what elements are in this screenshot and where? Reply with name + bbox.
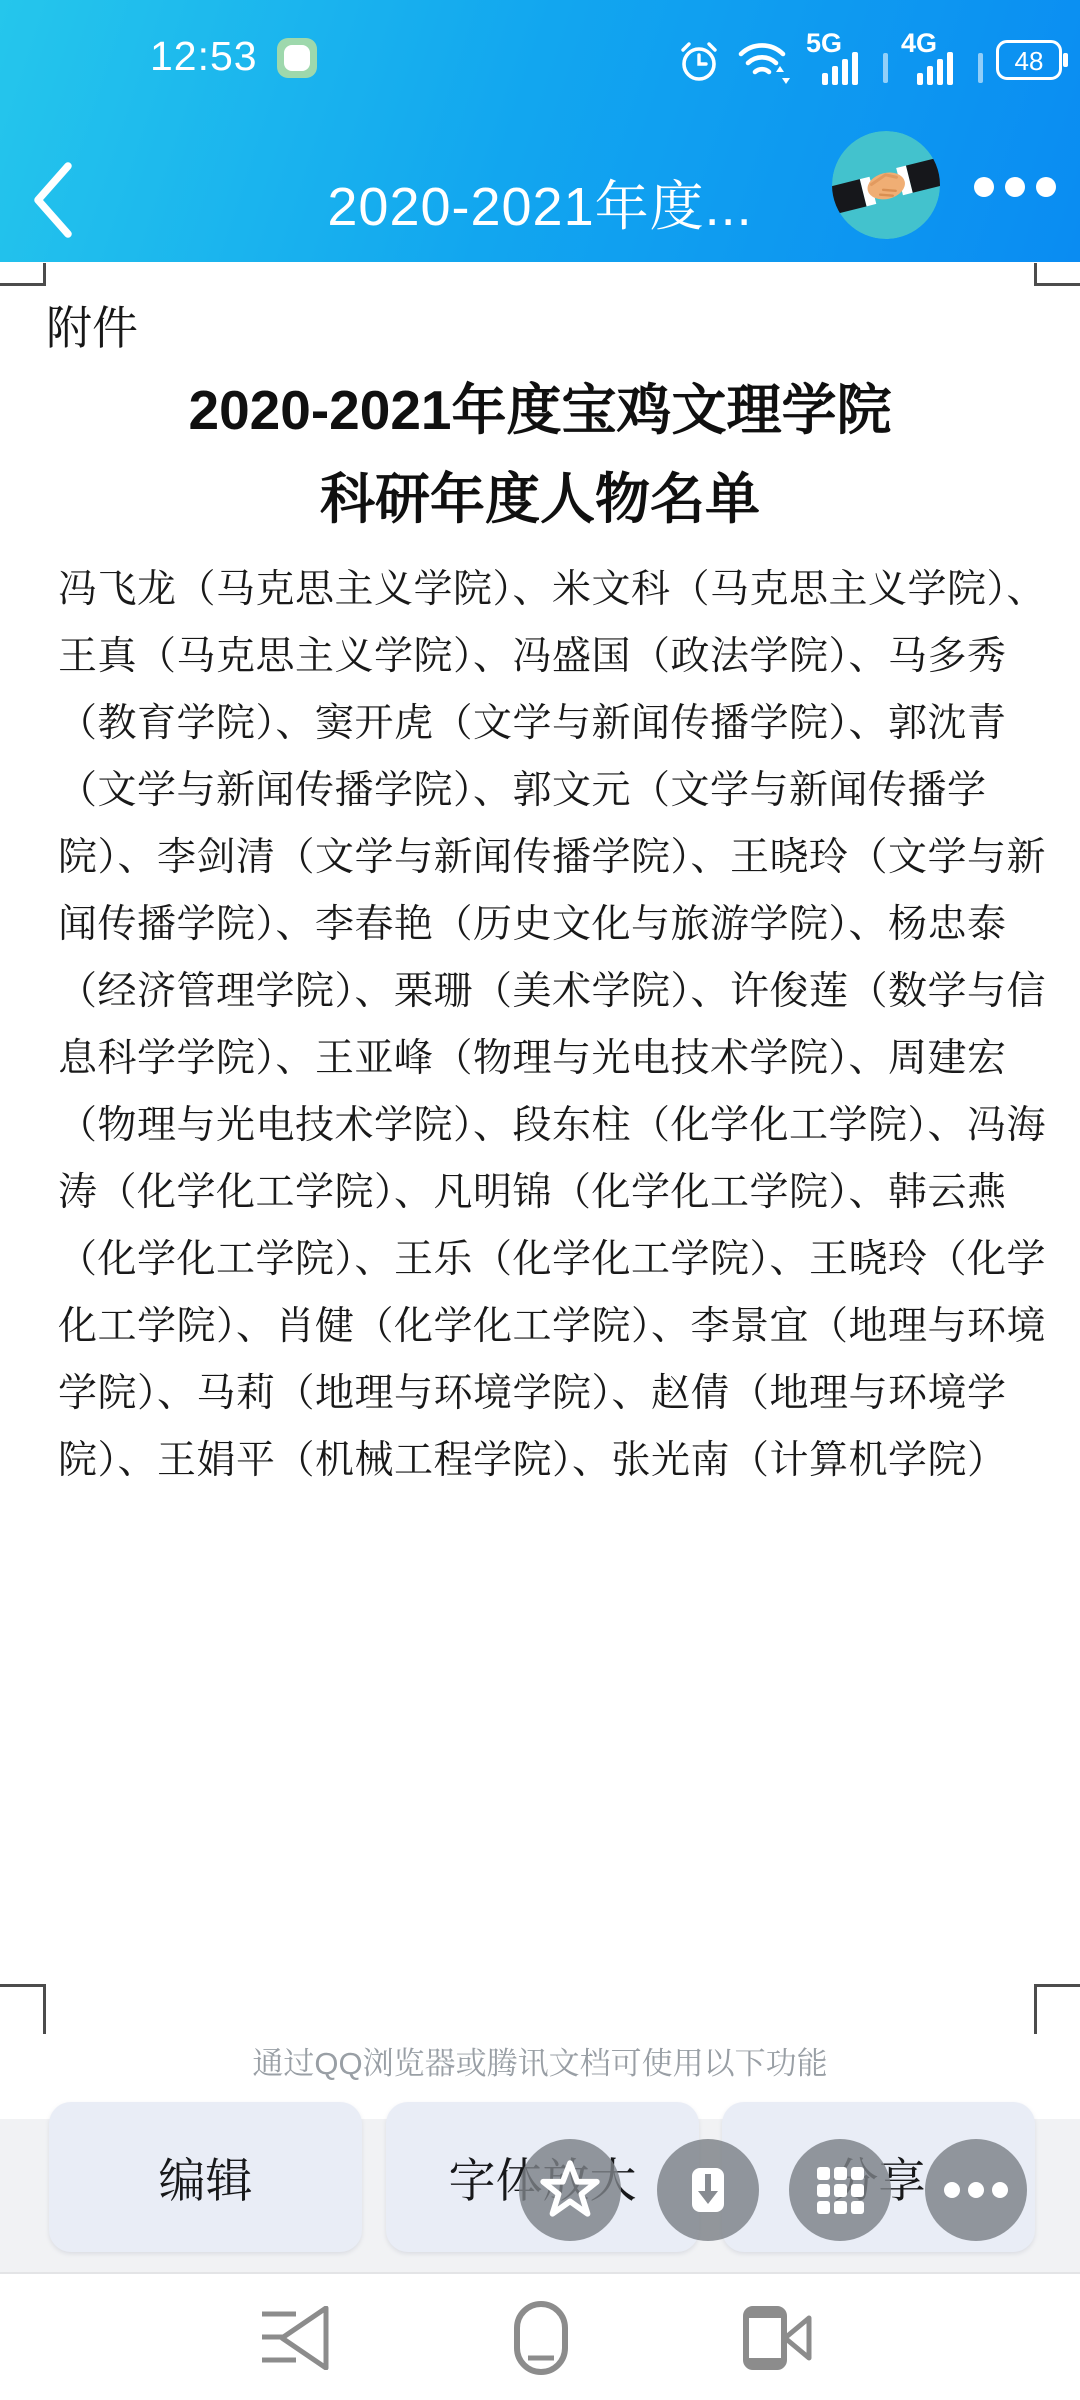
page-corner-mark [1034, 263, 1080, 286]
page-corner-mark [0, 1984, 46, 2034]
status-icons: 5G 4G 48 [676, 28, 1062, 86]
download-button[interactable] [657, 2139, 759, 2241]
body-line: 涛（化学化工学院）、凡明锦（化学化工学院）、韩云燕 [58, 1159, 1038, 1226]
body-line: 院）、李剑清（文学与新闻传播学院）、王晓玲（文学与新 [58, 824, 1038, 891]
body-line: （文学与新闻传播学院）、郭文元（文学与新闻传播学 [58, 757, 1038, 824]
attachment-label: 附件 [46, 292, 138, 358]
avatar[interactable] [832, 131, 940, 239]
phone-screen: 12:53 5G [0, 0, 1080, 2400]
document-title-line2: 科研年度人物名单 [0, 455, 1080, 544]
body-line: 冯飞龙（马克思主义学院）、米文科（马克思主义学院）、 [58, 556, 1038, 623]
document-body: 冯飞龙（马克思主义学院）、米文科（马克思主义学院）、王真（马克思主义学院）、冯盛… [58, 556, 1038, 1494]
status-bar: 12:53 5G [0, 22, 1080, 86]
system-back-button[interactable] [262, 2306, 332, 2370]
page-corner-mark [1034, 1984, 1080, 2034]
toolbar-more-button[interactable] [925, 2139, 1027, 2241]
signal-separator [883, 53, 888, 83]
star-scribble-icon [539, 2159, 601, 2221]
handshake-icon [832, 131, 940, 239]
apps-grid-button[interactable] [789, 2139, 891, 2241]
signal-5g-icon: 5G [806, 30, 870, 86]
battery-percent: 48 [999, 46, 1059, 76]
body-line: 息科学学院）、王亚峰（物理与光电技术学院）、周建宏 [58, 1025, 1038, 1092]
body-line: （教育学院）、窦开虎（文学与新闻传播学院）、郭沈青 [58, 690, 1038, 757]
body-line: 学院）、马莉（地理与环境学院）、赵倩（地理与环境学 [58, 1360, 1038, 1427]
notification-chip-icon [277, 38, 317, 78]
body-line: （物理与光电技术学院）、段东柱（化学化工学院）、冯海 [58, 1092, 1038, 1159]
alarm-icon [676, 36, 722, 86]
grid-apps-icon [817, 2167, 864, 2214]
status-time: 12:53 [150, 34, 258, 78]
more-dots-icon [944, 2182, 1008, 2198]
wifi-icon [735, 32, 793, 86]
feature-hint-text: 通过QQ浏览器或腾讯文档可使用以下功能 [0, 2038, 1080, 2083]
page-corner-mark [0, 263, 46, 286]
signal-separator [978, 53, 983, 83]
document-title-line1: 2020-2021年度宝鸡文理学院 [0, 366, 1080, 455]
battery-icon: 48 [996, 40, 1062, 80]
document-title: 2020-2021年度宝鸡文理学院 科研年度人物名单 [0, 366, 1080, 544]
system-recents-button[interactable] [743, 2306, 815, 2370]
app-header: 12:53 5G [0, 0, 1080, 262]
body-line: 院）、王娟平（机械工程学院）、张光南（计算机学院） [58, 1427, 1038, 1494]
body-line: （经济管理学院）、栗珊（美术学院）、许俊莲（数学与信 [58, 958, 1038, 1025]
edit-button[interactable]: 编辑 [49, 2102, 362, 2252]
system-home-button[interactable] [513, 2300, 569, 2376]
body-line: 王真（马克思主义学院）、冯盛国（政法学院）、马多秀 [58, 623, 1038, 690]
body-line: 闻传播学院）、李春艳（历史文化与旅游学院）、杨忠泰 [58, 891, 1038, 958]
annotate-star-button[interactable] [519, 2139, 621, 2241]
body-line: （化学化工学院）、王乐（化学化工学院）、王晓玲（化学 [58, 1226, 1038, 1293]
more-options-button[interactable] [974, 177, 1056, 197]
body-line: 化工学院）、肖健（化学化工学院）、李景宜（地理与环境 [58, 1293, 1038, 1360]
download-icon [678, 2160, 738, 2220]
signal-4g-icon: 4G [901, 30, 965, 86]
